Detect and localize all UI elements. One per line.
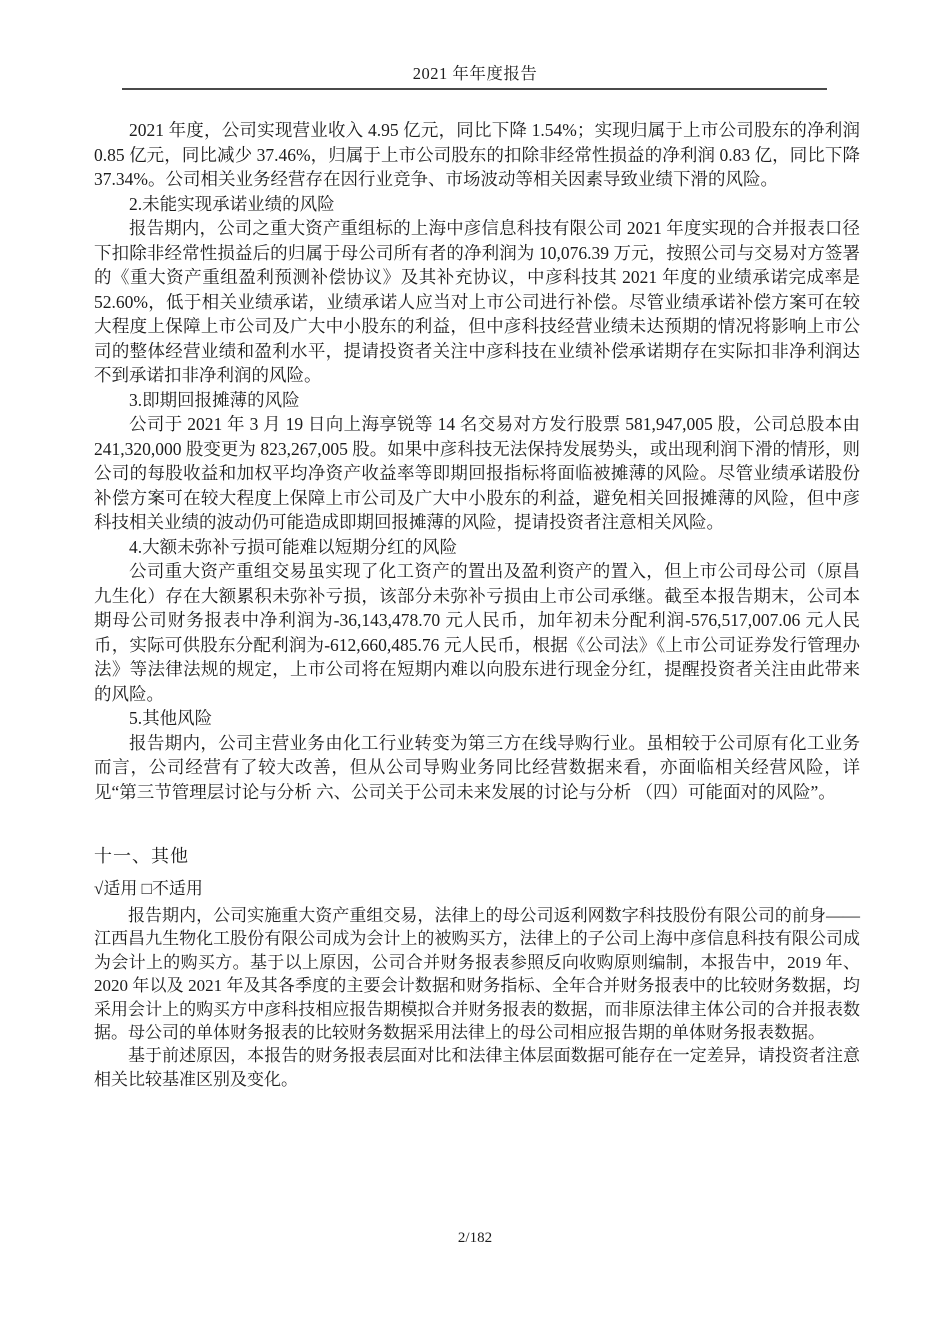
- body-paragraph: 基于前述原因，本报告的财务报表层面对比和法律主体层面数据可能存在一定差异，请投资…: [94, 1044, 860, 1091]
- risk-subheading: 3.即期回报摊薄的风险: [94, 388, 860, 413]
- body-paragraph: 报告期内，公司实施重大资产重组交易，法律上的母公司返利网数字科技股份有限公司的前…: [94, 904, 860, 1044]
- risk-subheading: 5.其他风险: [94, 706, 860, 731]
- page-number: 2/182: [0, 1230, 950, 1247]
- body-paragraph: 公司于 2021 年 3 月 19 日向上海享锐等 14 名交易对方发行股票 5…: [94, 412, 860, 535]
- annual-report-page: 2021 年年度报告 2021 年度，公司实现营业收入 4.95 亿元，同比下降…: [0, 0, 950, 1344]
- page-header-title: 2021 年年度报告: [0, 64, 950, 84]
- header-divider: [122, 88, 827, 90]
- risk-subheading: 2.未能实现承诺业绩的风险: [94, 192, 860, 217]
- risk-subheading: 4.大额未弥补亏损可能难以短期分红的风险: [94, 535, 860, 560]
- body-paragraph: 2021 年度，公司实现营业收入 4.95 亿元，同比下降 1.54%；实现归属…: [94, 118, 860, 192]
- applicability-line: √适用 □不适用: [94, 877, 860, 901]
- body-paragraph: 公司重大资产重组交易虽实现了化工资产的置出及盈利资产的置入，但上市公司母公司（原…: [94, 559, 860, 706]
- section-heading: 十一、其他: [94, 844, 860, 868]
- body-paragraph: 报告期内，公司主营业务由化工行业转变为第三方在线导购行业。虽相较于公司原有化工业…: [94, 731, 860, 805]
- document-body: 2021 年度，公司实现营业收入 4.95 亿元，同比下降 1.54%；实现归属…: [94, 118, 860, 1091]
- body-paragraph: 报告期内，公司之重大资产重组标的上海中彦信息科技有限公司 2021 年度实现的合…: [94, 216, 860, 388]
